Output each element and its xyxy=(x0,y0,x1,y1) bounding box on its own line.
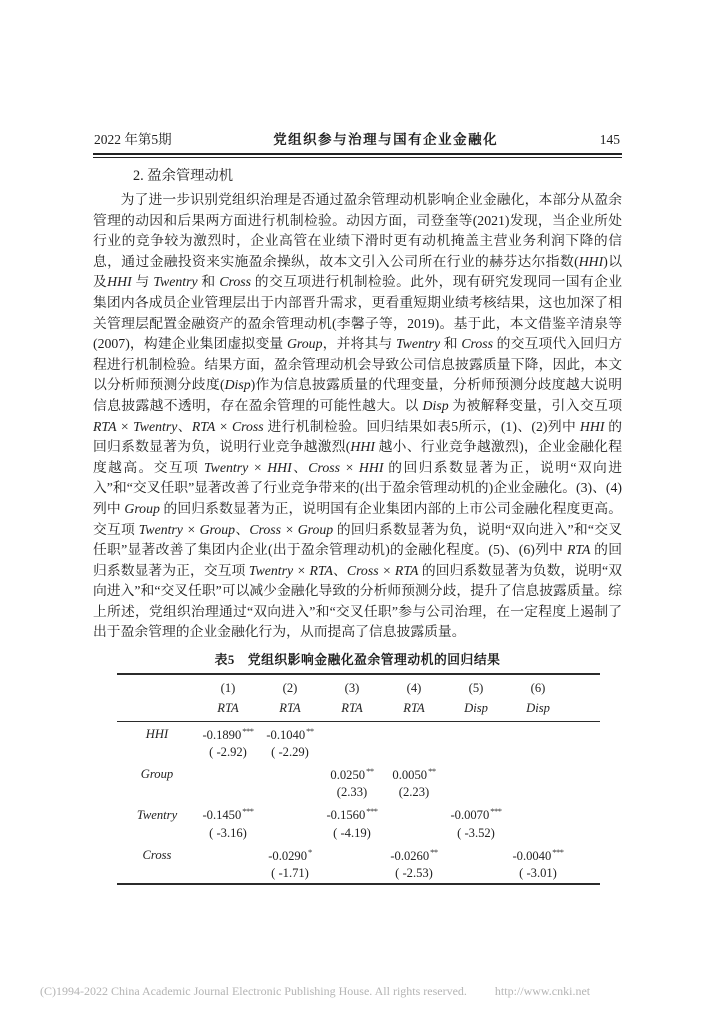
tstat-cell xyxy=(321,743,383,762)
variable-name: Twentry × RTA xyxy=(249,563,333,578)
coefficient-value: -0.0290 xyxy=(268,849,307,863)
coefficient-cell: -0.0290* xyxy=(259,843,321,864)
significance-stars: *** xyxy=(552,847,563,857)
col-dependent-var: RTA xyxy=(383,698,445,722)
table-caption-number: 表5 xyxy=(215,653,235,667)
tstat-cell: ( -2.29) xyxy=(259,743,321,762)
variable-name: RTA xyxy=(567,542,591,557)
col-number: (1) xyxy=(197,674,259,698)
variable-name: Cross × Group xyxy=(249,522,333,537)
journal-page: 2022 年第5期 党组织参与治理与国有企业金融化 145 2. 盈余管理动机 … xyxy=(93,128,622,885)
table-caption: 表5党组织影响金融化盈余管理动机的回归结果 xyxy=(93,649,622,668)
row-label-empty xyxy=(117,783,197,802)
col-dependent-var: RTA xyxy=(197,698,259,722)
paragraph-text: 、 xyxy=(235,522,249,537)
paragraph-text: 进行机制检验。回归结果如表5所示，(1)、(2)列中 xyxy=(264,419,580,434)
spacer-cell xyxy=(569,762,600,783)
tstat-cell xyxy=(507,743,569,762)
significance-stars: * xyxy=(308,847,312,857)
coefficient-row: HHI-0.1890***-0.1040** xyxy=(117,722,600,744)
page-header: 2022 年第5期 党组织参与治理与国有企业金融化 145 xyxy=(93,128,622,153)
coefficient-value: -0.0070 xyxy=(450,809,489,823)
tstat-cell xyxy=(383,743,445,762)
spacer-cell xyxy=(569,783,600,802)
tstat-row: ( -2.92)( -2.29) xyxy=(117,743,600,762)
section-heading: 2. 盈余管理动机 xyxy=(93,167,622,185)
row-label-empty xyxy=(117,743,197,762)
copyright-text: (C)1994-2022 China Academic Journal Elec… xyxy=(40,984,467,999)
coefficient-cell: -0.0070*** xyxy=(445,802,507,823)
coefficient-value: 0.0250 xyxy=(330,768,365,782)
coefficient-cell xyxy=(445,762,507,783)
coefficient-cell xyxy=(507,722,569,744)
col-dependent-var: Disp xyxy=(445,698,507,722)
coefficient-cell xyxy=(445,843,507,864)
coefficient-value: -0.1450 xyxy=(202,809,241,823)
coefficient-value: -0.1040 xyxy=(266,728,305,742)
row-label: HHI xyxy=(117,722,197,744)
tstat-cell xyxy=(259,783,321,802)
tstat-cell: (2.23) xyxy=(383,783,445,802)
paragraph-text: 为被解释变量，引入交互项 xyxy=(449,398,622,413)
variable-name: Group xyxy=(124,501,160,516)
coefficient-value: -0.1890 xyxy=(202,728,241,742)
tstat-cell xyxy=(507,824,569,843)
coefficient-cell: -0.0040*** xyxy=(507,843,569,864)
col-dependent-var: Disp xyxy=(507,698,569,722)
tstat-cell xyxy=(383,824,445,843)
variable-name: RTA × Twentry xyxy=(93,419,177,434)
coefficient-cell xyxy=(259,802,321,823)
table-header-row-numbers: (1)(2)(3)(4)(5)(6) xyxy=(117,674,600,698)
tstat-cell: ( -2.92) xyxy=(197,743,259,762)
variable-name: Twentry × HHI xyxy=(204,460,292,475)
significance-stars: ** xyxy=(430,847,438,857)
page-number: 145 xyxy=(600,132,620,148)
tstat-cell xyxy=(445,783,507,802)
variable-name: HHI xyxy=(107,274,132,289)
tstat-cell xyxy=(445,743,507,762)
table-body: HHI-0.1890***-0.1040**( -2.92)( -2.29)Gr… xyxy=(117,722,600,884)
tstat-row: ( -1.71)( -2.53)( -3.01) xyxy=(117,864,600,884)
coefficient-cell xyxy=(259,762,321,783)
cnki-url: http://www.cnki.net xyxy=(495,984,590,999)
variable-name: Twentry × Group xyxy=(139,522,235,537)
row-label: Twentry xyxy=(117,802,197,823)
table-caption-title: 党组织影响金融化盈余管理动机的回归结果 xyxy=(248,653,501,667)
coefficient-cell xyxy=(321,843,383,864)
significance-stars: *** xyxy=(366,806,377,816)
tstat-cell xyxy=(259,824,321,843)
tstat-cell xyxy=(197,864,259,884)
tstat-cell: (2.33) xyxy=(321,783,383,802)
variable-name: Group xyxy=(287,336,323,351)
coefficient-cell: -0.0260** xyxy=(383,843,445,864)
tstat-cell: ( -4.19) xyxy=(321,824,383,843)
variable-name: Cross xyxy=(219,274,251,289)
significance-stars: *** xyxy=(242,726,253,736)
table-header-row-vars: RTARTARTARTADispDisp xyxy=(117,698,600,722)
variable-name: HHI xyxy=(579,254,604,269)
paragraph-text: 和 xyxy=(440,336,461,351)
coefficient-cell xyxy=(197,762,259,783)
table-header: (1)(2)(3)(4)(5)(6)RTARTARTARTADispDisp xyxy=(117,674,600,722)
spacer-cell xyxy=(569,802,600,823)
coefficient-cell xyxy=(383,722,445,744)
paragraph-text: 、 xyxy=(292,460,309,475)
col-number: (3) xyxy=(321,674,383,698)
col-dependent-var: RTA xyxy=(321,698,383,722)
coefficient-cell: -0.1040** xyxy=(259,722,321,744)
col-number: (5) xyxy=(445,674,507,698)
variable-name: Cross × RTA xyxy=(347,563,419,578)
variable-name: Cross xyxy=(461,336,493,351)
coefficient-row: Group0.0250**0.0050** xyxy=(117,762,600,783)
variable-name: Disp xyxy=(423,398,449,413)
tstat-cell: ( -3.01) xyxy=(507,864,569,884)
tstat-row: (2.33)(2.23) xyxy=(117,783,600,802)
paragraph-text: 与 xyxy=(132,274,154,289)
tstat-row: ( -3.16)( -4.19)( -3.52) xyxy=(117,824,600,843)
paragraph-text: ，并将其与 xyxy=(322,336,395,351)
tstat-cell xyxy=(197,783,259,802)
coefficient-value: 0.0050 xyxy=(392,768,427,782)
tstat-cell: ( -3.52) xyxy=(445,824,507,843)
body-paragraph: 为了进一步识别党组织治理是否通过盈余管理动机影响企业金融化，本部分从盈余管理的动… xyxy=(93,190,622,643)
copyright-footer: (C)1994-2022 China Academic Journal Elec… xyxy=(40,984,590,999)
paragraph-text: 为了进一步识别党组织治理是否通过盈余管理动机影响企业金融化，本部分从盈余管理的动… xyxy=(93,192,622,269)
regression-table: (1)(2)(3)(4)(5)(6)RTARTARTARTADispDisp H… xyxy=(117,673,600,885)
coefficient-cell: -0.1560*** xyxy=(321,802,383,823)
row-label: Group xyxy=(117,762,197,783)
variable-name: RTA × Cross xyxy=(192,419,264,434)
row-label-empty xyxy=(117,864,197,884)
coefficient-cell: 0.0050** xyxy=(383,762,445,783)
row-label-header xyxy=(117,674,197,698)
coefficient-row: Cross-0.0290*-0.0260**-0.0040*** xyxy=(117,843,600,864)
significance-stars: ** xyxy=(366,766,374,776)
paragraph-text: 和 xyxy=(198,274,220,289)
coefficient-cell xyxy=(383,802,445,823)
variable-name: HHI xyxy=(580,419,605,434)
variable-name: Twentry xyxy=(396,336,440,351)
coefficient-cell xyxy=(507,762,569,783)
tstat-cell xyxy=(321,864,383,884)
coefficient-cell xyxy=(507,802,569,823)
variable-name: Cross × HHI xyxy=(308,460,383,475)
paragraph-text: 、 xyxy=(333,563,347,578)
coefficient-cell: -0.1890*** xyxy=(197,722,259,744)
row-label: Cross xyxy=(117,843,197,864)
spacer-cell xyxy=(569,722,600,744)
spacer-cell xyxy=(569,824,600,843)
header-divider xyxy=(93,153,622,158)
coefficient-value: -0.0040 xyxy=(512,849,551,863)
coefficient-value: -0.1560 xyxy=(326,809,365,823)
spacer-cell xyxy=(569,743,600,762)
coefficient-row: Twentry-0.1450***-0.1560***-0.0070*** xyxy=(117,802,600,823)
variable-name: Twentry xyxy=(153,274,197,289)
paragraph-text: 、 xyxy=(177,419,191,434)
tstat-cell xyxy=(507,783,569,802)
col-number: (2) xyxy=(259,674,321,698)
tstat-cell: ( -2.53) xyxy=(383,864,445,884)
col-dependent-var: RTA xyxy=(259,698,321,722)
coefficient-cell xyxy=(445,722,507,744)
variable-name: Disp xyxy=(225,377,251,392)
tstat-cell: ( -3.16) xyxy=(197,824,259,843)
coefficient-value: -0.0260 xyxy=(390,849,429,863)
spacer-cell xyxy=(569,698,600,722)
tstat-cell: ( -1.71) xyxy=(259,864,321,884)
journal-issue: 2022 年第5期 xyxy=(94,128,172,148)
significance-stars: ** xyxy=(306,726,314,736)
coefficient-cell xyxy=(321,722,383,744)
significance-stars: *** xyxy=(490,806,501,816)
coefficient-cell xyxy=(197,843,259,864)
spacer-cell xyxy=(569,864,600,884)
running-title: 党组织参与治理与国有企业金融化 xyxy=(273,128,498,148)
col-number: (4) xyxy=(383,674,445,698)
significance-stars: *** xyxy=(242,806,253,816)
spacer-cell xyxy=(569,843,600,864)
tstat-cell xyxy=(445,864,507,884)
row-label-empty xyxy=(117,824,197,843)
col-number: (6) xyxy=(507,674,569,698)
row-label-header xyxy=(117,698,197,722)
coefficient-cell: 0.0250** xyxy=(321,762,383,783)
spacer-cell xyxy=(569,674,600,698)
significance-stars: ** xyxy=(428,766,436,776)
variable-name: HHI xyxy=(350,439,375,454)
coefficient-cell: -0.1450*** xyxy=(197,802,259,823)
